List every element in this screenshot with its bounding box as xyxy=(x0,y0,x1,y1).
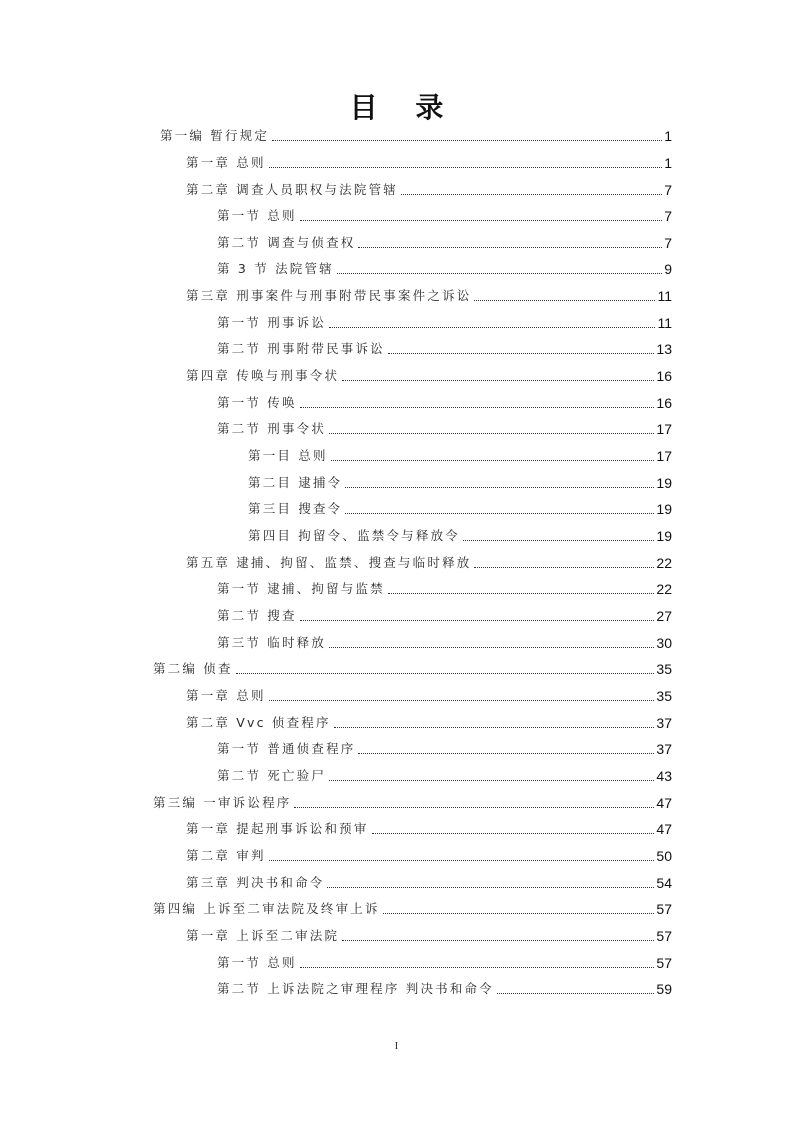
toc-entry-page: 37 xyxy=(654,713,672,733)
toc-leader-dots xyxy=(358,247,662,248)
toc-leader-dots xyxy=(372,833,655,834)
toc-entry[interactable]: 第一目 总则17 xyxy=(248,446,672,466)
toc-entry-page: 16 xyxy=(654,393,672,413)
toc-entry[interactable]: 第二节 刑事附带民事诉讼13 xyxy=(217,339,672,359)
toc-entry[interactable]: 第三章 判决书和命令54 xyxy=(186,873,672,893)
toc-leader-dots xyxy=(269,860,655,861)
toc-leader-dots xyxy=(300,220,663,221)
toc-entry-page: 7 xyxy=(662,206,672,226)
toc-entry[interactable]: 第四章 传唤与刑事令状16 xyxy=(186,366,672,386)
toc-entry-label: 第二节 上诉法院之审理程序 判决书和命令 xyxy=(217,979,497,999)
toc-leader-dots xyxy=(294,807,654,808)
toc-entry-page: 22 xyxy=(654,553,672,573)
toc-leader-dots xyxy=(342,380,654,381)
toc-entry-page: 13 xyxy=(654,339,672,359)
toc-entry-label: 第一章 上诉至二审法院 xyxy=(186,926,342,946)
toc-entry-label: 第三章 判决书和命令 xyxy=(186,873,327,893)
toc-entry-label: 第一节 普通侦查程序 xyxy=(217,739,358,759)
toc-leader-dots xyxy=(497,993,654,994)
toc-entry-page: 57 xyxy=(654,926,672,946)
toc-entry-label: 第五章 逮捕、拘留、监禁、搜查与临时释放 xyxy=(186,553,474,573)
toc-entry-label: 第二目 逮捕令 xyxy=(248,473,345,493)
toc-entry-page: 17 xyxy=(654,419,672,439)
page-title: 目 录 xyxy=(0,86,793,126)
toc-entry-page: 22 xyxy=(654,579,672,599)
toc-leader-dots xyxy=(345,487,654,488)
toc-entry-page: 11 xyxy=(655,286,672,306)
toc-leader-dots xyxy=(329,433,654,434)
toc-leader-dots xyxy=(463,540,654,541)
toc-entry[interactable]: 第三节 临时释放30 xyxy=(217,633,672,653)
toc-entry-label: 第二章 Vvc 侦查程序 xyxy=(186,713,334,733)
toc-entry[interactable]: 第二章 Vvc 侦查程序37 xyxy=(186,713,672,733)
toc-entry[interactable]: 第四目 拘留令、监禁令与释放令19 xyxy=(248,526,672,546)
toc-entry-page: 1 xyxy=(662,126,672,146)
toc-entry[interactable]: 第二节 死亡验尸43 xyxy=(217,766,672,786)
toc-entry-page: 50 xyxy=(654,846,672,866)
toc-leader-dots xyxy=(300,407,655,408)
toc-entry-label: 第二节 刑事附带民事诉讼 xyxy=(217,339,388,359)
toc-entry[interactable]: 第二节 调查与侦查权7 xyxy=(217,233,672,253)
toc-entry-label: 第二章 调查人员职权与法院管辖 xyxy=(186,180,401,200)
toc-entry-label: 第三编 一审诉讼程序 xyxy=(153,793,294,813)
toc-entry[interactable]: 第一节 总则7 xyxy=(217,206,672,226)
toc-entry-label: 第二节 死亡验尸 xyxy=(217,766,329,786)
toc-entry[interactable]: 第一章 提起刑事诉讼和预审47 xyxy=(186,819,672,839)
toc-entry[interactable]: 第三编 一审诉讼程序47 xyxy=(153,793,672,813)
toc-entry-page: 19 xyxy=(654,473,672,493)
toc-entry[interactable]: 第三目 搜查令19 xyxy=(248,499,672,519)
toc-entry-label: 第一章 总则 xyxy=(186,686,269,706)
toc-entry-page: 17 xyxy=(654,446,672,466)
toc-leader-dots xyxy=(345,513,654,514)
toc-leader-dots xyxy=(401,194,662,195)
toc-entry-page: 9 xyxy=(662,259,672,279)
toc-entry-label: 第一章 总则 xyxy=(186,153,269,173)
toc-entry[interactable]: 第一节 普通侦查程序37 xyxy=(217,739,672,759)
toc-leader-dots xyxy=(269,167,663,168)
toc-entry-label: 第一节 刑事诉讼 xyxy=(217,313,329,333)
toc-leader-dots xyxy=(388,353,655,354)
toc-entry-label: 第一章 提起刑事诉讼和预审 xyxy=(186,819,372,839)
toc-leader-dots xyxy=(300,967,655,968)
toc-leader-dots xyxy=(342,940,654,941)
toc-entry-page: 1 xyxy=(662,153,672,173)
toc-leader-dots xyxy=(329,647,654,648)
toc-entry-page: 19 xyxy=(654,526,672,546)
toc-entry[interactable]: 第二节 搜查27 xyxy=(217,606,672,626)
toc-entry-label: 第一节 逮捕、拘留与监禁 xyxy=(217,579,388,599)
toc-entry[interactable]: 第二编 侦查35 xyxy=(153,659,672,679)
toc-entry-page: 57 xyxy=(654,899,672,919)
toc-leader-dots xyxy=(329,327,655,328)
toc-entry-label: 第一节 总则 xyxy=(217,953,300,973)
toc-leader-dots xyxy=(358,753,654,754)
toc-leader-dots xyxy=(329,780,654,781)
toc-entry-page: 7 xyxy=(662,233,672,253)
toc-entry[interactable]: 第二目 逮捕令19 xyxy=(248,473,672,493)
toc-entry-page: 59 xyxy=(654,979,672,999)
toc-leader-dots xyxy=(327,887,654,888)
toc-entry[interactable]: 第一节 逮捕、拘留与监禁22 xyxy=(217,579,672,599)
toc-entry[interactable]: 第一编 暂行规定1 xyxy=(160,126,672,146)
toc-entry[interactable]: 第一章 上诉至二审法院57 xyxy=(186,926,672,946)
toc-entry[interactable]: 第一节 传唤16 xyxy=(217,393,672,413)
toc-entry[interactable]: 第一节 总则57 xyxy=(217,953,672,973)
toc-leader-dots xyxy=(383,913,655,914)
toc-entry-label: 第 3 节 法院管辖 xyxy=(217,259,337,279)
toc-entry-page: 11 xyxy=(655,313,672,333)
toc-entry[interactable]: 第 3 节 法院管辖9 xyxy=(217,259,672,279)
toc-entry-page: 47 xyxy=(654,819,672,839)
toc-entry-label: 第四章 传唤与刑事令状 xyxy=(186,366,342,386)
toc-entry[interactable]: 第二节 上诉法院之审理程序 判决书和命令59 xyxy=(217,979,672,999)
toc-entry-label: 第一节 总则 xyxy=(217,206,300,226)
toc-entry-label: 第二编 侦查 xyxy=(153,659,236,679)
toc-entry-page: 16 xyxy=(654,366,672,386)
toc-entry-page: 27 xyxy=(654,606,672,626)
toc-entry-label: 第二章 审判 xyxy=(186,846,269,866)
toc-leader-dots xyxy=(236,673,655,674)
toc-entry-label: 第一编 暂行规定 xyxy=(160,126,272,146)
toc-entry-label: 第三节 临时释放 xyxy=(217,633,329,653)
toc-entry[interactable]: 第五章 逮捕、拘留、监禁、搜查与临时释放22 xyxy=(186,553,672,573)
toc-leader-dots xyxy=(272,140,662,141)
toc-entry[interactable]: 第一章 总则35 xyxy=(186,686,672,706)
toc-entry-label: 第二节 搜查 xyxy=(217,606,300,626)
toc-entry-page: 30 xyxy=(654,633,672,653)
toc-entry-label: 第三章 刑事案件与刑事附带民事案件之诉讼 xyxy=(186,286,474,306)
toc-entry-page: 7 xyxy=(662,180,672,200)
footer-page-number: I xyxy=(0,1040,793,1052)
toc-entry-label: 第四编 上诉至二审法院及终审上诉 xyxy=(153,899,383,919)
toc-leader-dots xyxy=(474,567,654,568)
toc-entry[interactable]: 第一节 刑事诉讼11 xyxy=(217,313,672,333)
toc-entry[interactable]: 第二章 调查人员职权与法院管辖7 xyxy=(186,180,672,200)
toc-leader-dots xyxy=(474,300,655,301)
toc-entry-label: 第一目 总则 xyxy=(248,446,331,466)
toc-entry[interactable]: 第四编 上诉至二审法院及终审上诉57 xyxy=(153,899,672,919)
toc-leader-dots xyxy=(334,727,655,728)
toc-entry-page: 43 xyxy=(654,766,672,786)
toc-entry-page: 37 xyxy=(654,739,672,759)
toc-entry-label: 第四目 拘留令、监禁令与释放令 xyxy=(248,526,463,546)
toc-entry-page: 19 xyxy=(654,499,672,519)
toc-entry-page: 35 xyxy=(654,686,672,706)
toc-leader-dots xyxy=(337,273,662,274)
toc-leader-dots xyxy=(388,593,655,594)
toc-entry-page: 47 xyxy=(654,793,672,813)
toc-entry-page: 35 xyxy=(654,659,672,679)
toc-leader-dots xyxy=(269,700,655,701)
toc-entry-label: 第二节 调查与侦查权 xyxy=(217,233,358,253)
toc-entry-page: 54 xyxy=(654,873,672,893)
toc-leader-dots xyxy=(300,620,655,621)
toc-entry-label: 第三目 搜查令 xyxy=(248,499,345,519)
toc-entry[interactable]: 第三章 刑事案件与刑事附带民事案件之诉讼11 xyxy=(186,286,672,306)
toc-entry[interactable]: 第一章 总则1 xyxy=(186,153,672,173)
toc-entry-page: 57 xyxy=(654,953,672,973)
toc-entry[interactable]: 第二节 刑事令状17 xyxy=(217,419,672,439)
toc-entry-label: 第二节 刑事令状 xyxy=(217,419,329,439)
toc-leader-dots xyxy=(331,460,655,461)
toc-entry-label: 第一节 传唤 xyxy=(217,393,300,413)
toc-entry[interactable]: 第二章 审判50 xyxy=(186,846,672,866)
